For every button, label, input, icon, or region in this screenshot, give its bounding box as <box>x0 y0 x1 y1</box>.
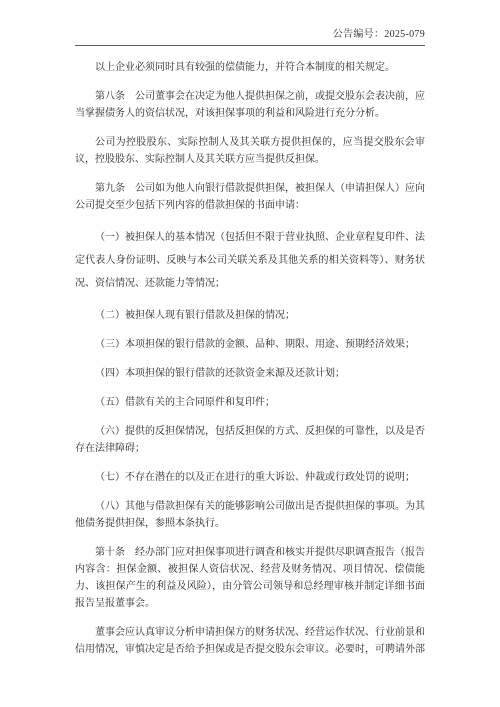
paragraph-article-8-cont: 公司为控股股东、实际控制人及其关联方提供担保的，应当提交股东会审议，控股股东、实… <box>75 134 425 168</box>
paragraph-item-7: （七）不存在潜在的以及正在进行的重大诉讼、仲裁或行政处罚的说明； <box>75 469 425 486</box>
paragraph-item-6: （六）提供的反担保情况，包括反担保的方式、反担保的可靠性，以及是否存在法律障碍； <box>75 423 425 457</box>
document-body: 以上企业必须同时具有较强的偿债能力，并符合本制度的相关规定。 第八条 公司董事会… <box>0 46 500 658</box>
paragraph-item-3: （三）本项担保的银行借款的金额、品种、期限、用途、预期经济效果； <box>75 336 425 353</box>
document-page: 公告编号：2025-079 以上企业必须同时具有较强的偿债能力，并符合本制度的相… <box>0 0 500 707</box>
paragraph-item-5: （五）借款有关的主合同原件和复印件； <box>75 394 425 411</box>
paragraph-item-8: （八）其他与借款担保有关的能够影响公司做出是否提供担保的事项。为其他债务提供担保… <box>75 498 425 532</box>
paragraph-article-10: 第十条 经办部门应对担保事项进行调查和核实并提供尽职调查报告（报告内容含：担保金… <box>75 544 425 612</box>
paragraph-article-10-cont: 董事会应认真审议分析申请担保方的财务状况、经营运作状况、行业前景和信用情况，审慎… <box>75 624 425 658</box>
announcement-number: 公告编号：2025-079 <box>75 29 425 41</box>
paragraph-item-2: （二）被担保人现有银行借款及担保的情况； <box>75 307 425 324</box>
paragraph-item-1: （一）被担保人的基本情况（包括但不限于营业执照、企业章程复印件、法定代表人身份证… <box>75 226 425 295</box>
page-header: 公告编号：2025-079 <box>0 0 500 46</box>
paragraph-intro: 以上企业必须同时具有较强的偿债能力，并符合本制度的相关规定。 <box>75 59 425 76</box>
paragraph-article-9: 第九条 公司如为他人向银行借款提供担保，被担保人（申请担保人）应向公司提交至少包… <box>75 180 425 214</box>
paragraph-item-4: （四）本项担保的银行借款的还款资金来源及还款计划； <box>75 365 425 382</box>
paragraph-article-8: 第八条 公司董事会在决定为他人提供担保之前，或提交股东会表决前，应当掌握债务人的… <box>75 88 425 122</box>
